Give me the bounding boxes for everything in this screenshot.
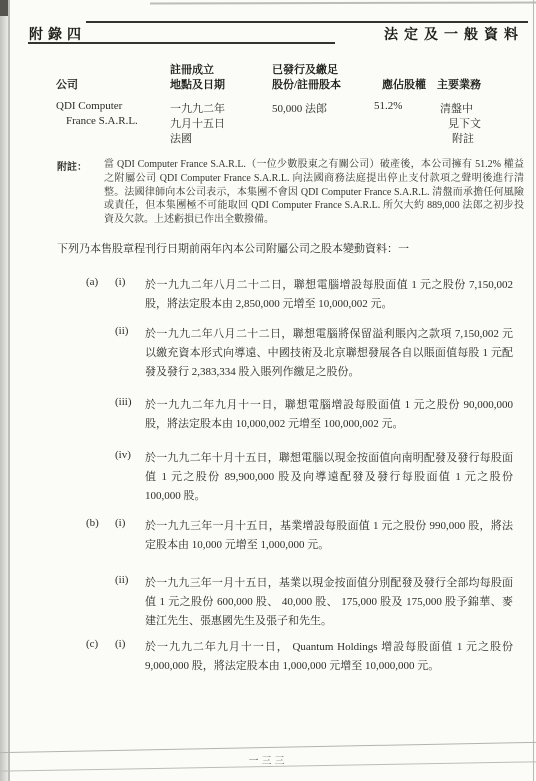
page-number: 一三三	[0, 752, 536, 767]
incorporation-line1: 一九九二年	[170, 100, 225, 116]
business-line1: 清盤中	[440, 100, 473, 116]
note-label: 附註：	[57, 158, 87, 173]
item-text: 於一九九三年一月十五日，基業增設每股面值 1 元之股份 990,000 股，將法…	[145, 517, 513, 555]
item-index-label: (iii)	[115, 396, 132, 408]
item-index-label: (i)	[115, 517, 125, 529]
note-text: 當 QDI Computer France S.A.R.L.（一位少數股東之有關…	[104, 158, 524, 227]
equity-value: 51.2%	[374, 100, 402, 112]
capital-value: 50,000 法郎	[272, 100, 327, 116]
col-header-incorporation-line2: 地點及日期	[170, 76, 225, 92]
company-name-line2: France S.A.R.L.	[66, 115, 138, 127]
item-text: 於一九九二年九月十一日， Quantum Holdings 增設每股面值 1 元…	[145, 638, 513, 676]
company-name-line1: QDI Computer	[56, 100, 122, 112]
business-line2: 見下文	[448, 115, 481, 131]
col-header-capital-line1: 已發行及繳足	[272, 61, 338, 77]
col-header-business: 主要業務	[437, 76, 481, 92]
header-rule-bottom	[28, 42, 335, 44]
item-text: 於一九九二年九月十一日，聯想電腦增設每股面值 1 元之股份 90,000,000…	[145, 396, 513, 434]
item-index-label: (i)	[115, 276, 125, 288]
scan-corner-artifact	[0, 0, 8, 16]
item-text: 於一九九二年八月二十二日，聯想電腦將保留溢利賬內之款項 7,150,002 元以…	[145, 325, 513, 382]
appendix-title: 附錄四	[29, 24, 86, 44]
item-index-label: (iv)	[115, 449, 131, 461]
scan-top-artifact	[150, 1, 536, 4]
incorporation-line2: 九月十五日	[170, 115, 225, 131]
header-rule-top	[86, 21, 528, 23]
item-group-label: (a)	[86, 276, 98, 288]
item-index-label: (ii)	[115, 325, 128, 337]
item-index-label: (ii)	[115, 574, 128, 586]
document-page: 附錄四 法定及一般資料 公司 註冊成立 地點及日期 已發行及繳足 股份/註冊股本…	[0, 0, 536, 781]
intro-line: 下列乃本售股章程刊行日期前兩年內本公司附屬公司之股本變動資料：一	[57, 240, 409, 256]
scan-edge-line	[8, 0, 10, 781]
item-index-label: (i)	[115, 638, 125, 650]
col-header-equity: 應佔股權	[382, 76, 426, 92]
item-text: 於一九九三年一月十五日，基業以現金按面值分別配發及發行全部均每股面值 1 元之股…	[145, 574, 513, 631]
scan-right-artifact	[533, 0, 534, 781]
business-line3: 附註	[452, 130, 474, 146]
col-header-company: 公司	[56, 76, 78, 92]
item-text: 於一九九二年十月十五日，聯想電腦以現金按面值向南明配發及發行每股面值 1 元之股…	[145, 449, 513, 506]
section-title: 法定及一般資料	[384, 24, 524, 44]
item-text: 於一九九二年八月二十二日，聯想電腦增設每股面值 1 元之股份 7,150,002…	[145, 276, 513, 314]
scan-edge-band	[0, 0, 8, 781]
col-header-capital-line2: 股份/註冊股本	[272, 76, 341, 92]
item-group-label: (c)	[86, 638, 98, 650]
incorporation-line3: 法國	[170, 130, 192, 146]
item-group-label: (b)	[86, 517, 99, 529]
col-header-incorporation-line1: 註冊成立	[170, 61, 214, 77]
